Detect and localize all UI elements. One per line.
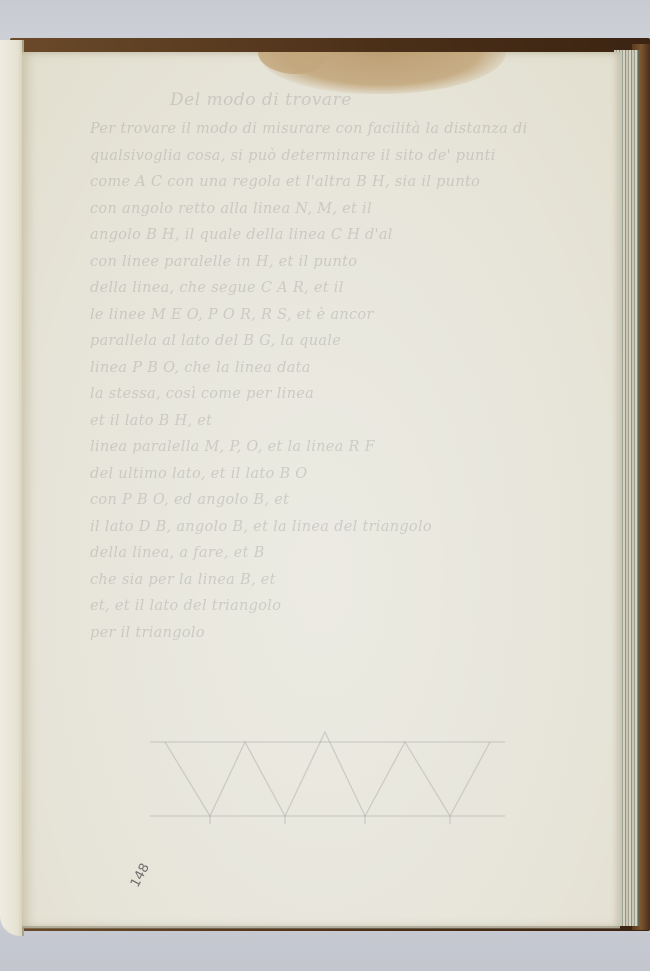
manuscript-line: con angolo retto alla linea N, M, et il xyxy=(90,196,550,223)
page-bottom-edge xyxy=(22,926,620,929)
manuscript-heading: Del modo di trovare xyxy=(170,90,550,110)
manuscript-line: le linee M E O, P O R, R S, et è ancor xyxy=(90,302,550,329)
manuscript-line: linea P B O, che la linea data xyxy=(90,355,550,382)
manuscript-line: della linea, che segue C A R, et il xyxy=(90,275,550,302)
manuscript-line: parallela al lato del B G, la quale xyxy=(90,328,550,355)
left-page-edge xyxy=(0,40,24,936)
manuscript-line: della linea, a fare, et B xyxy=(90,540,550,567)
manuscript-line: et, et il lato del triangolo xyxy=(90,593,550,620)
manuscript-line: et il lato B H, et xyxy=(90,408,550,435)
manuscript-line: linea paralella M, P, O, et la linea R F xyxy=(90,434,550,461)
manuscript-line: che sia per la linea B, et xyxy=(90,567,550,594)
triangle-diagram xyxy=(150,720,510,830)
manuscript-line: per il triangolo xyxy=(90,620,550,647)
manuscript-line: angolo B H, il quale della linea C H d'a… xyxy=(90,222,550,249)
manuscript-line: la stessa, così come per linea xyxy=(90,381,550,408)
manuscript-line: Per trovare il modo di misurare con faci… xyxy=(90,116,550,143)
manuscript-line: del ultimo lato, et il lato B O xyxy=(90,461,550,488)
manuscript-line: con P B O, ed angolo B, et xyxy=(90,487,550,514)
manuscript-line: qualsivoglia cosa, si può determinare il… xyxy=(90,143,550,170)
bleed-through-text: Del modo di trovare Per trovare il modo … xyxy=(90,90,550,646)
manuscript-line: come A C con una regola et l'altra B H, … xyxy=(90,169,550,196)
manuscript-line: con linee paralelle in H, et il punto xyxy=(90,249,550,276)
manuscript-line: il lato D B, angolo B, et la linea del t… xyxy=(90,514,550,541)
backdrop-bottom xyxy=(0,930,650,971)
